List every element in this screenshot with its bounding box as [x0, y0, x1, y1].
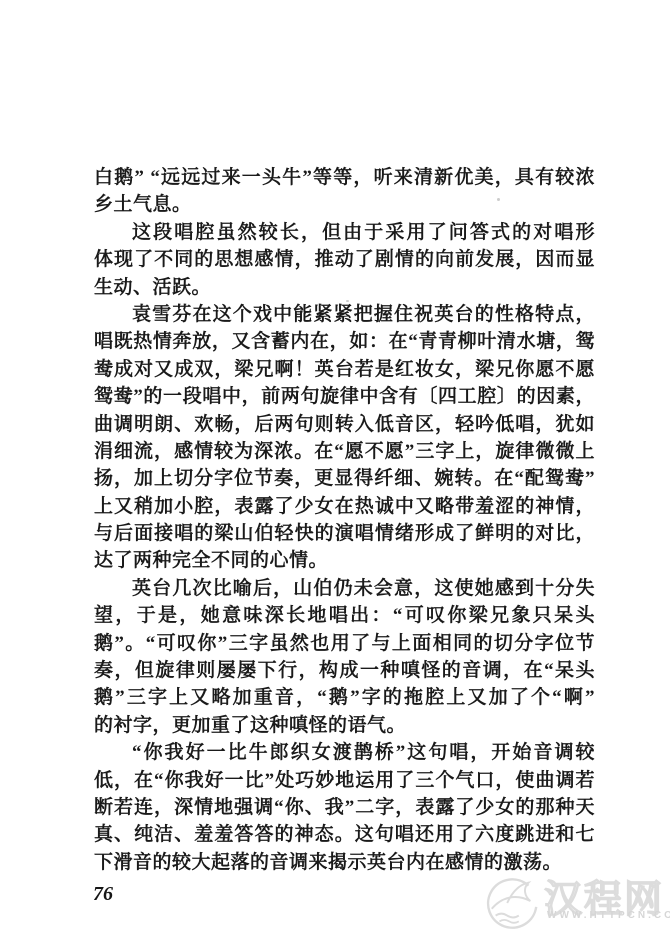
text-line: 体现了不同的思想感情，推动了剧情的向前发展，因而显得	[94, 246, 595, 273]
text-line: 真、纯洁、羞羞答答的神态。这句唱还用了六度跳进和七度	[94, 821, 595, 848]
text-line: 的衬字，更加重了这种嗔怪的语气。	[94, 712, 595, 739]
text-line: 鹅”。“可叹你”三字虽然也用了与上面相同的切分字位节	[94, 630, 595, 657]
text-line: 低，在“你我好一比”处巧妙地运用了三个气口，使曲调若	[94, 767, 595, 794]
paragraph: 英台几次比喻后，山伯仍未会意，这使她感到十分失望，于是，她意味深长地唱出：“可叹…	[94, 575, 595, 739]
watermark-site-name: 汉程网	[544, 868, 664, 923]
text-line: 袁雪芬在这个戏中能紧紧把握住祝英台的性格特点，演	[94, 301, 595, 328]
text-line: 望，于是，她意味深长地唱出：“可叹你梁兄象只呆头	[94, 602, 595, 629]
text-line: 奏，但旋律则屡屡下行，构成一种嗔怪的音调，在“呆头	[94, 657, 595, 684]
text-line: 鹅”三字上又略加重音，“鹅”字的拖腔上又加了个“啊”	[94, 684, 595, 711]
text-line: 与后面接唱的梁山伯轻快的演唱情绪形成了鲜明的对比，表	[94, 520, 595, 547]
text-line: 扬，加上切分字位节奏，更显得纤细、婉转。在“配鸳鸯”	[94, 465, 595, 492]
scan-speck	[560, 478, 563, 481]
text-line: 鸯成对又成双，梁兄啊！英台若是红妆女，梁兄你愿不愿配	[94, 356, 595, 383]
watermark-site-url: WWW.HTTPCN.COM	[547, 910, 670, 921]
paragraph: 白鹅” “远远过来一头牛”等等，听来清新优美，具有较浓乡土气息。	[94, 164, 595, 219]
watermark: 汉程网 WWW.HTTPCN.COM	[484, 872, 670, 940]
watermark-logo-icon	[484, 874, 542, 932]
text-line: 白鹅” “远远过来一头牛”等等，听来清新优美，具有较浓	[94, 164, 595, 191]
text-line: 鸳鸯”的一段唱中，前两句旋律中含有〔四工腔〕的因素，	[94, 383, 595, 410]
text-line: 涓细流，感情较为深浓。在“愿不愿”三字上，旋律微微上	[94, 438, 595, 465]
text-line: 下滑音的较大起落的音调来揭示英台内在感情的激荡。	[94, 849, 595, 876]
paragraph: 这段唱腔虽然较长，但由于采用了问答式的对唱形式，体现了不同的思想感情，推动了剧情…	[94, 219, 595, 301]
text-line: 生动、活跃。	[94, 274, 595, 301]
page-number: 76	[93, 883, 113, 906]
text-line: 这段唱腔虽然较长，但由于采用了问答式的对唱形式，	[94, 219, 595, 246]
book-page: 白鹅” “远远过来一头牛”等等，听来清新优美，具有较浓乡土气息。这段唱腔虽然较长…	[0, 0, 670, 940]
paragraph: “你我好一比牛郎织女渡鹊桥”这句唱，开始音调较低，在“你我好一比”处巧妙地运用了…	[94, 739, 595, 876]
text-line: 达了两种完全不同的心情。	[94, 547, 595, 574]
scan-speck	[346, 300, 349, 302]
text-line: 断若连，深情地强调“你、我”二字，表露了少女的那种天	[94, 794, 595, 821]
scan-speck	[497, 198, 500, 201]
paragraph: 袁雪芬在这个戏中能紧紧把握住祝英台的性格特点，演唱既热情奔放，又含蓄内在，如：在…	[94, 301, 595, 575]
text-line: 唱既热情奔放，又含蓄内在，如：在“青青柳叶清水塘，鸳	[94, 328, 595, 355]
text-line: 英台几次比喻后，山伯仍未会意，这使她感到十分失	[94, 575, 595, 602]
body-text: 白鹅” “远远过来一头牛”等等，听来清新优美，具有较浓乡土气息。这段唱腔虽然较长…	[94, 164, 595, 876]
text-line: 曲调明朗、欢畅，后两句则转入低音区，轻吟低唱，犹如涓	[94, 411, 595, 438]
text-line: 上又稍加小腔，表露了少女在热诚中又略带羞涩的神情，这	[94, 493, 595, 520]
text-line: “你我好一比牛郎织女渡鹊桥”这句唱，开始音调较	[94, 739, 595, 766]
text-line: 乡土气息。	[94, 191, 595, 218]
